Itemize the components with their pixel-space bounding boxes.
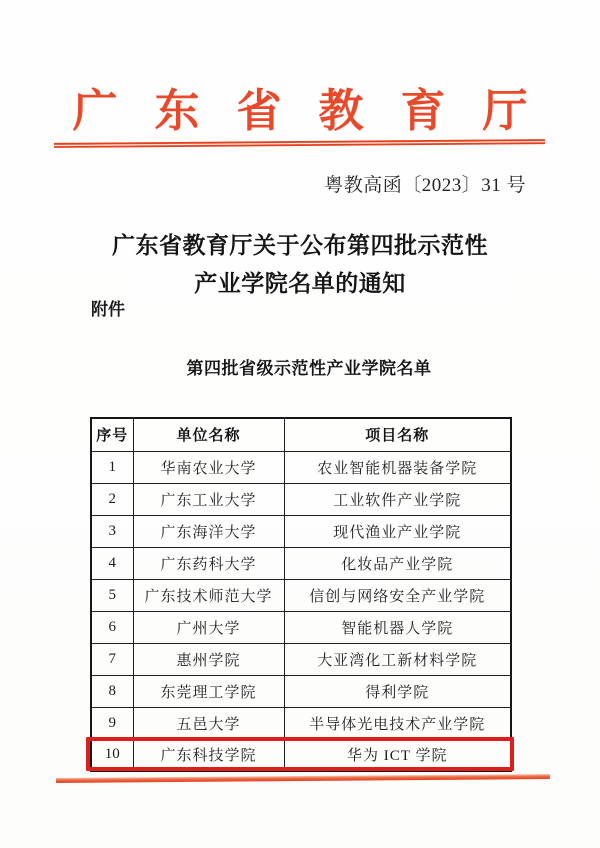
table-row: 6 广州大学 智能机器人学院 xyxy=(91,611,511,643)
row-unit: 五邑大学 xyxy=(133,707,284,739)
row-project: 化妆品产业学院 xyxy=(284,547,511,579)
table-row: 4 广东药科大学 化妆品产业学院 xyxy=(91,547,511,579)
row-unit: 广州大学 xyxy=(133,611,284,643)
attachment-label: 附件 xyxy=(91,295,125,320)
row-unit: 惠州学院 xyxy=(133,643,284,675)
col-header-project: 项目名称 xyxy=(284,418,511,451)
table-row: 7 惠州学院 大亚湾化工新材料学院 xyxy=(91,643,511,675)
row-no: 4 xyxy=(91,547,133,579)
row-no: 8 xyxy=(91,675,133,707)
letterhead-title-text: 广东省教育厅 xyxy=(72,86,564,136)
doc-number: 粤教高函〔2023〕31 号 xyxy=(324,170,526,197)
table-row: 9 五邑大学 半导体光电技术产业学院 xyxy=(91,707,511,739)
table-row: 8 东莞理工学院 得利学院 xyxy=(91,675,511,707)
notice-title: 广东省教育厅关于公布第四批示范性 产业学院名单的通知 xyxy=(0,227,600,303)
row-no: 7 xyxy=(91,643,133,675)
row-no: 3 xyxy=(91,515,133,547)
letterhead-title: 广东省教育厅 xyxy=(0,74,600,139)
table-title: 第四批省级示范性产业学院名单 xyxy=(9,354,600,379)
row-project: 工业软件产业学院 xyxy=(284,483,511,515)
row-no: 2 xyxy=(91,483,133,515)
row-unit: 广东科技学院 xyxy=(133,739,284,771)
row-unit: 东莞理工学院 xyxy=(133,675,284,707)
table-header: 序号 单位名称 项目名称 xyxy=(91,418,511,451)
row-project: 现代渔业产业学院 xyxy=(284,515,511,547)
row-no: 6 xyxy=(91,611,133,643)
row-project: 得利学院 xyxy=(284,675,511,707)
notice-title-line1: 广东省教育厅关于公布第四批示范性 xyxy=(112,233,488,258)
row-project: 农业智能机器装备学院 xyxy=(284,451,511,483)
col-header-no: 序号 xyxy=(91,418,133,451)
row-unit: 华南农业大学 xyxy=(133,451,284,483)
table-row: 2 广东工业大学 工业软件产业学院 xyxy=(91,483,511,515)
notice-title-line2: 产业学院名单的通知 xyxy=(194,271,406,296)
table-row: 1 华南农业大学 农业智能机器装备学院 xyxy=(91,451,511,483)
row-project: 大亚湾化工新材料学院 xyxy=(284,643,511,675)
row-no: 5 xyxy=(91,579,133,611)
colleges-table: 序号 单位名称 项目名称 1 华南农业大学 农业智能机器装备学院 2 广东工业大… xyxy=(90,417,512,772)
row-project: 半导体光电技术产业学院 xyxy=(284,707,511,739)
table-body: 1 华南农业大学 农业智能机器装备学院 2 广东工业大学 工业软件产业学院 3 … xyxy=(91,451,511,771)
letterhead-rule xyxy=(54,139,545,148)
row-unit: 广东药科大学 xyxy=(133,547,284,579)
row-no: 10 xyxy=(91,739,133,771)
bottom-divider-rule xyxy=(56,774,550,783)
table-row: 10 广东科技学院 华为 ICT 学院 xyxy=(91,739,511,771)
row-project: 信创与网络安全产业学院 xyxy=(284,579,511,611)
row-unit: 广东工业大学 xyxy=(133,483,284,515)
table-row: 5 广东技术师范大学 信创与网络安全产业学院 xyxy=(91,579,511,611)
row-unit: 广东海洋大学 xyxy=(133,515,284,547)
row-project: 华为 ICT 学院 xyxy=(284,739,511,771)
row-no: 1 xyxy=(91,451,133,483)
document-page: 广东省教育厅 粤教高函〔2023〕31 号 广东省教育厅关于公布第四批示范性 产… xyxy=(0,0,600,848)
row-no: 9 xyxy=(91,707,133,739)
row-project: 智能机器人学院 xyxy=(284,611,511,643)
table-header-row: 序号 单位名称 项目名称 xyxy=(91,418,511,451)
row-unit: 广东技术师范大学 xyxy=(133,579,284,611)
table-row: 3 广东海洋大学 现代渔业产业学院 xyxy=(91,515,511,547)
col-header-unit: 单位名称 xyxy=(133,418,284,451)
